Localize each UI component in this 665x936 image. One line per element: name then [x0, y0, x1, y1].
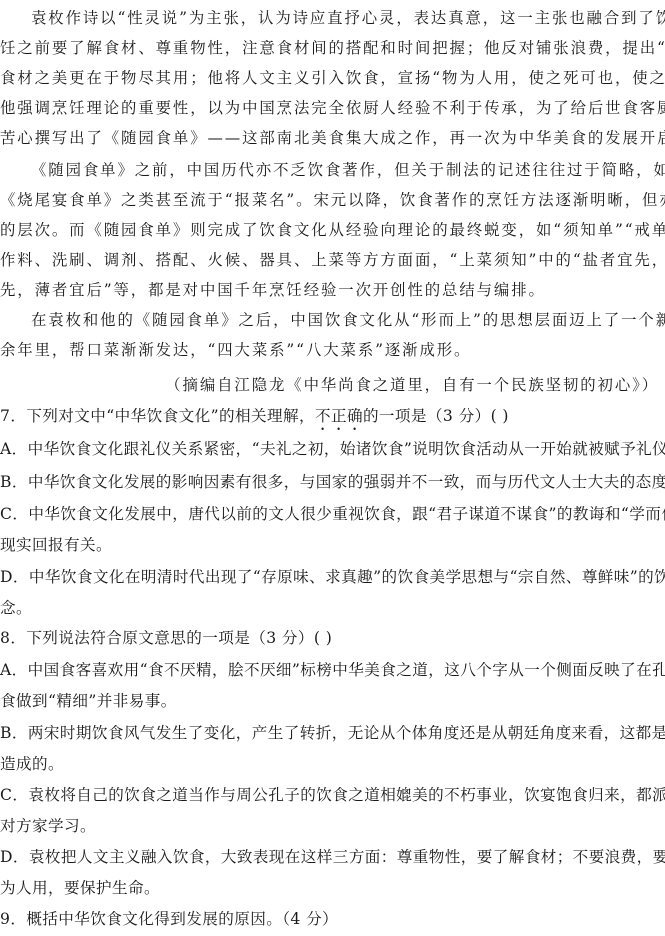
- passage-line: 食材之美更在于物尽其用；他将人文主义引入饮食，宣扬“物为人用，使之死可也，使之求…: [0, 66, 665, 90]
- option-c: C．中华饮食文化发展中，唐代以前的文人很少重视饮食，跟“君子谋道不谋食”的教诲和…: [0, 502, 665, 526]
- option-c: C．袁枚将自己的饮食之道当作与周公孔子的饮食之道相媲美的不朽事业，饮宴饱食归来，…: [0, 783, 665, 807]
- passage-line: 在袁枚和他的《随园食单》之后，中国饮食文化从“形而上”的思想层面迈上了一个新台阶…: [0, 308, 665, 332]
- exam-page: 袁枚作诗以“性灵说”为主张，认为诗应直抒心灵，表达真意，这一主张也融合到了饮食中…: [0, 0, 665, 936]
- question-8-stem: 8．下列说法符合原文意思的一项是（3 分）( ): [0, 626, 665, 650]
- passage-line: 先，薄者宜后”等，都是对中国千年烹饪经验一次开创性的总结与编排。: [0, 278, 665, 302]
- option-c-cont: 现实回报有关。: [0, 533, 665, 557]
- option-a-cont: 食做到“精细”并非易事。: [0, 689, 665, 713]
- option-d: D．袁枚把人文主义融入饮食，大致表现在这样三方面：尊重物性，要了解食材；不要浪费…: [0, 845, 665, 869]
- question-9-stem: 9．概括中华饮食文化得到发展的原因。（4 分）: [0, 907, 665, 931]
- passage-line: 他强调烹饪理论的重要性，以为中国烹法完全依厨人经验不利于传承，为了给后世食客厨人…: [0, 96, 665, 120]
- option-b: B．两宋时期饮食风气发生了变化，产生了转折，无论从个体角度还是从朝廷角度来看，这…: [0, 721, 665, 745]
- passage-line: 《随园食单》之前，中国历代亦不乏饮食著作，但关于制法的记述往往过于简略，如隋代《…: [0, 158, 665, 182]
- option-d-cont: 念。: [0, 596, 665, 620]
- option-a: A．中华饮食文化跟礼仪关系紧密，“夫礼之初，始诸饮食”说明饮食活动从一开始就被赋…: [0, 437, 665, 461]
- source-citation: （摘编自江隐龙《中华尚食之道里，自有一个民族坚韧的初心》）: [0, 373, 665, 397]
- question-7-stem: 7．下列对文中“中华饮食文化”的相关理解，不正确的一项是（3 分）( ): [0, 404, 665, 428]
- passage-line: 饪之前要了解食材、尊重物性，注意食材间的搭配和时间把握；他反对铺张浪费，提出“肴…: [0, 36, 665, 60]
- option-d: D．中华饮食文化在明清时代出现了“存原味、求真趣”的饮食美学思想与“宗自然、尊鲜…: [0, 565, 665, 589]
- passage-line: 苦心撰写出了《随园食单》——这部南北美食集大成之作，再一次为中华美食的发展开启了…: [0, 126, 665, 150]
- option-a: A．中国食客喜欢用“食不厌精，脍不厌细”标榜中华美食之道，这八个字从一个侧面反映…: [0, 658, 665, 682]
- passage-line: 《烧尾宴食单》之类甚至流于“报菜名”。宋元以降，饮食著作的烹饪方法逐渐明晰，但亦…: [0, 188, 665, 212]
- emphasized-text: 不正确: [315, 407, 363, 425]
- passage-line: 袁枚作诗以“性灵说”为主张，认为诗应直抒心灵，表达真意，这一主张也融合到了饮食中…: [0, 6, 665, 30]
- passage-line: 作料、洗刷、调剂、搭配、火候、器具、上菜等方方面面，“上菜须知”中的“盐者宜先，…: [0, 248, 665, 272]
- stem-text: 7．下列对文中“中华饮食文化”的相关理解，: [0, 407, 315, 425]
- option-c-cont: 对方家学习。: [0, 814, 665, 838]
- option-b-cont: 造成的。: [0, 752, 665, 776]
- stem-text: 的一项是（3 分）( ): [363, 407, 509, 425]
- option-b: B．中华饮食文化发展的影响因素有很多，与国家的强弱并不一致，而与历代文人士大夫的…: [0, 470, 665, 494]
- passage-line: 的层次。而《随园食单》则完成了饮食文化从经验向理论的最终蜕变，如“须知单”“戒单…: [0, 218, 665, 242]
- passage-line: 余年里，帮口菜渐渐发达，“四大菜系”“八大菜系”逐渐成形。: [0, 338, 665, 362]
- option-d-cont: 为人用，要保护生命。: [0, 876, 665, 900]
